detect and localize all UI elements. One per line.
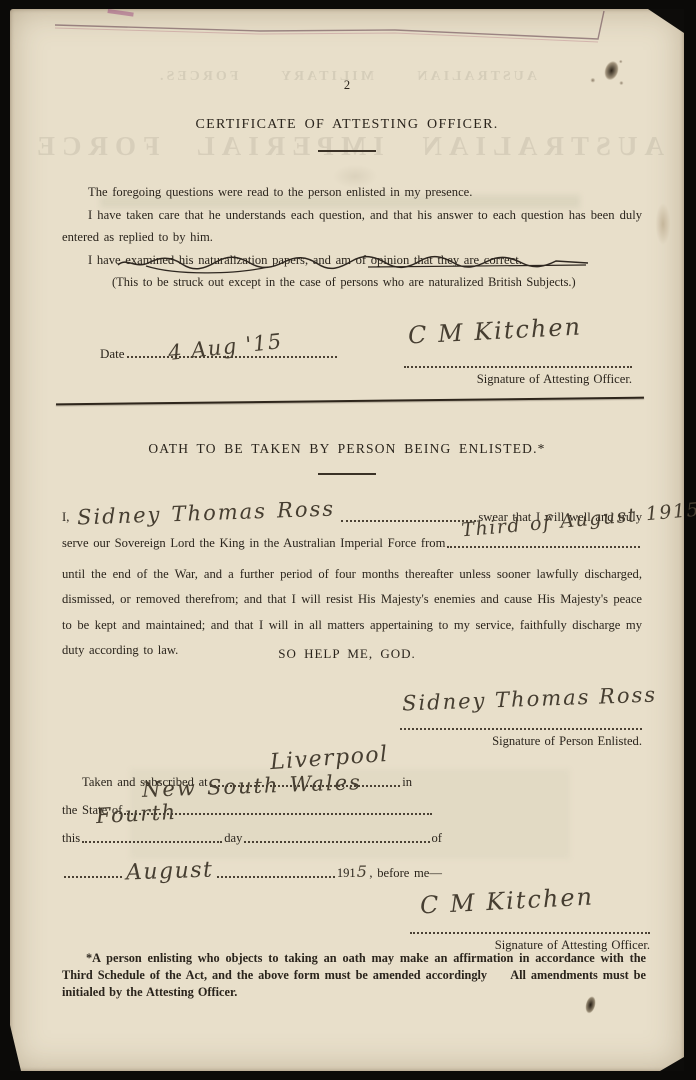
page-edge-shadow	[660, 1057, 684, 1071]
title-rule	[318, 150, 376, 152]
title-rule	[318, 473, 376, 475]
handwritten-signature: C M Kitchen	[419, 882, 594, 919]
affirmation-footnote: *A person enlisting who objects to takin…	[62, 950, 646, 1000]
year-printed: 191	[337, 866, 356, 881]
handwritten-name: Sidney Thomas Ross	[77, 497, 336, 530]
struck-sentence: I have examined his naturalization paper…	[88, 253, 522, 267]
stain	[650, 189, 676, 259]
date-field: Date 4 Aug '15	[100, 343, 337, 362]
attesting-officer-signature-bottom: C M Kitchen Signature of Attesting Offic…	[410, 891, 650, 953]
torn-corner	[648, 9, 684, 33]
handwritten-month: August	[126, 857, 214, 885]
before-me-label: , before me—	[369, 866, 442, 881]
oath-line-2: serve our Sovereign Lord the King in the…	[62, 533, 642, 551]
handwritten-day: Fourth	[96, 800, 178, 828]
handwritten-year-digit: 5	[357, 862, 369, 881]
day-label: day	[224, 831, 242, 846]
handwritten-place: Liverpool	[269, 742, 389, 775]
subscription-line-1-post: in	[402, 775, 412, 790]
show-through-imperial-force: AUSTRALIAN IMPERIAL FORCE	[10, 131, 684, 162]
oath-pre-name: I,	[62, 510, 69, 525]
person-enlisted-signature: Sidney Thomas Ross Signature of Person E…	[400, 685, 642, 749]
signature-caption: Signature of Attesting Officer.	[404, 372, 632, 387]
certificate-title: CERTIFICATE OF ATTESTING OFFICER.	[10, 117, 684, 133]
attestation-paper-page-2: AUSTRALIAN MILITARY FORCES. AUSTRALIAN I…	[10, 9, 684, 1071]
page-number: 2	[10, 78, 684, 93]
oath-title: OATH TO BE TAKEN BY PERSON BEING ENLISTE…	[10, 441, 684, 457]
subscription-line-4: August 191 5 , before me—	[62, 856, 442, 881]
date-signature-row: Date 4 Aug '15 C M Kitchen Signature of …	[62, 327, 642, 383]
pen-strike-through	[118, 254, 588, 270]
date-label: Date	[100, 346, 125, 361]
page-edge-shadow	[10, 1025, 21, 1071]
certificate-paragraph-1: The foregoing questions were read to the…	[62, 181, 642, 203]
handwritten-signature: C M Kitchen	[407, 312, 582, 349]
section-divider-rule	[56, 397, 644, 406]
this-label: this	[62, 831, 80, 846]
so-help-me-god: SO HELP ME, GOD.	[10, 646, 684, 662]
attesting-officer-signature-top: C M Kitchen Signature of Attesting Offic…	[404, 327, 632, 387]
handwritten-date: 4 Aug '15	[167, 329, 284, 365]
paper-fold-crease	[10, 9, 684, 69]
stain	[582, 48, 634, 102]
of-label: of	[432, 831, 443, 846]
scanned-document-page: AUSTRALIAN MILITARY FORCES. AUSTRALIAN I…	[0, 0, 696, 1080]
certificate-paragraph-3: I have examined his naturalization paper…	[62, 249, 642, 271]
oath-line-2-text: serve our Sovereign Lord the King in the…	[62, 536, 445, 551]
certificate-paragraph-2: I have taken care that he understands ea…	[62, 204, 642, 248]
handwritten-signature: Sidney Thomas Ross	[402, 683, 658, 716]
subscription-line-3: this Fourth day of	[62, 828, 442, 846]
signature-caption: Signature of Person Enlisted.	[400, 734, 642, 749]
strike-out-note: (This to be struck out except in the cas…	[62, 271, 692, 293]
